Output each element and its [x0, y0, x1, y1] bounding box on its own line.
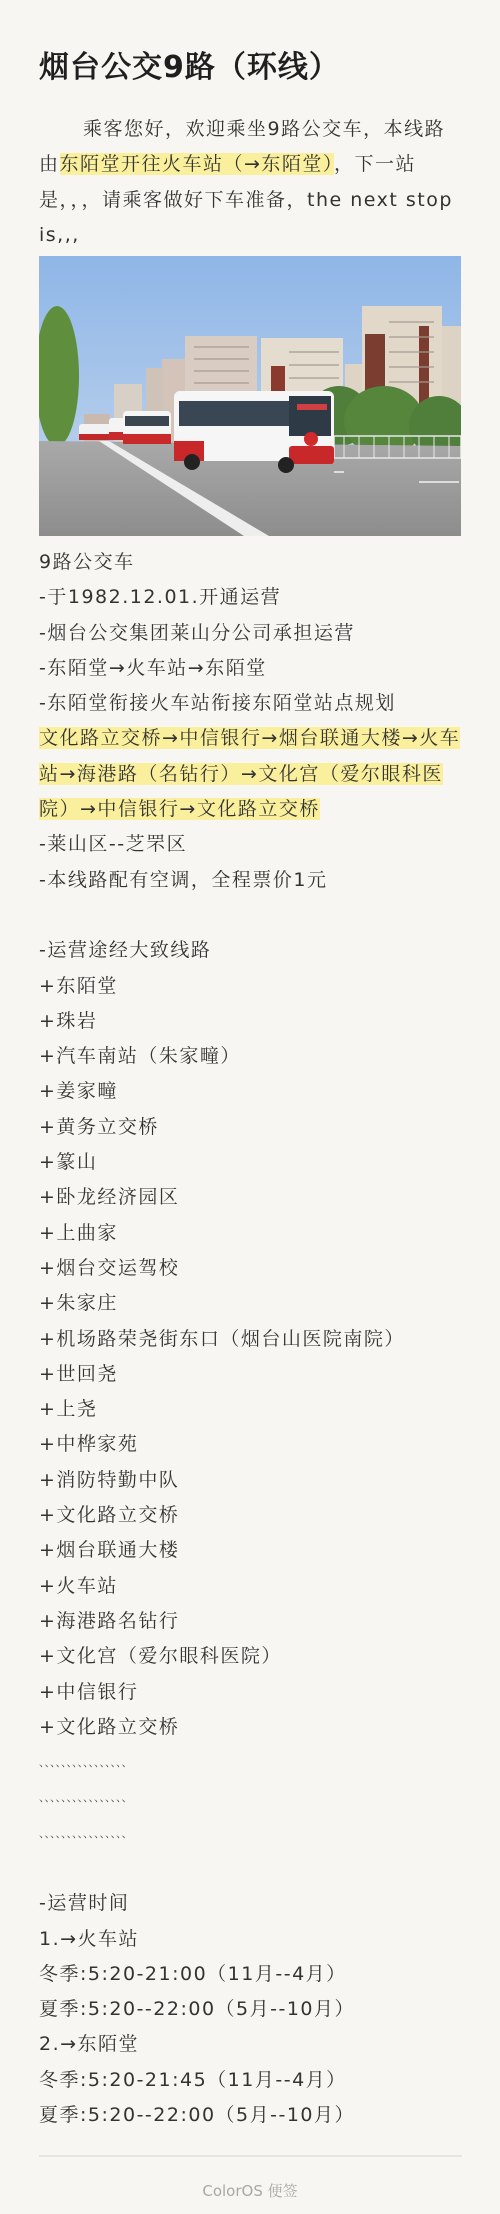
schedule-winter: 冬季:5:20-21:00（11月--4月）: [39, 1957, 463, 1992]
route-stop: +上尧: [39, 1392, 463, 1427]
note-content: 9路公交车 -于1982.12.01.开通运营 -烟台公交集团莱山分公司承担运营…: [39, 545, 463, 2133]
route-stop: +卧龙经济园区: [39, 1180, 463, 1215]
info-operator: -烟台公交集团莱山分公司承担运营: [39, 616, 463, 651]
info-loop: 文化路立交桥→中信银行→烟台联通大楼→火车站→海港路（名钻行）→文化宫（爱尔眼科…: [39, 721, 463, 827]
route-stop: +烟台联通大楼: [39, 1533, 463, 1568]
schedule-summer: 夏季:5:20--22:00（5月--10月）: [39, 1992, 463, 2027]
blank-line: [39, 898, 463, 933]
info-direction: -东陌堂→火车站→东陌堂: [39, 651, 463, 686]
schedule-winter: 冬季:5:20-21:45（11月--4月）: [39, 2063, 463, 2098]
route-stop: +消防特勤中队: [39, 1463, 463, 1498]
route-stop: +中信银行: [39, 1675, 463, 1710]
blank-line: [39, 1851, 463, 1886]
route-stop: +朱家庄: [39, 1286, 463, 1321]
schedule-direction-label: 2.→东陌堂: [39, 2027, 463, 2062]
route-stop: +文化路立交桥: [39, 1710, 463, 1745]
route-stop: +中桦家苑: [39, 1427, 463, 1462]
route-stop: +世回尧: [39, 1357, 463, 1392]
schedule-summer: 夏季:5:20--22:00（5月--10月）: [39, 2098, 463, 2133]
route-stop: +烟台交运驾校: [39, 1251, 463, 1286]
route-stop: +姜家疃: [39, 1074, 463, 1109]
info-fare: -本线路配有空调，全程票价1元: [39, 863, 463, 898]
ellipsis-line: 、、、、、、、、、、、、、、、、: [39, 1816, 463, 1851]
info-loop-highlight: 文化路立交桥→中信银行→烟台联通大楼→火车站→海港路（名钻行）→文化宫（爱尔眼科…: [39, 727, 460, 820]
route-stop: +文化宫（爱尔眼科医院）: [39, 1639, 463, 1674]
route-stop: +文化路立交桥: [39, 1498, 463, 1533]
route-stop: +东陌堂: [39, 969, 463, 1004]
route-stop: +海港路名钻行: [39, 1604, 463, 1639]
schedule-direction-label: 1.→火车站: [39, 1922, 463, 1957]
route-stop: +火车站: [39, 1569, 463, 1604]
route-stop: +黄务立交桥: [39, 1110, 463, 1145]
info-plan: -东陌堂衔接火车站衔接东陌堂站点规划: [39, 686, 463, 721]
route-stop: +珠岩: [39, 1004, 463, 1039]
info-heading: 9路公交车: [39, 545, 463, 580]
info-opened: -于1982.12.01.开通运营: [39, 580, 463, 615]
route-heading: -运营途经大致线路: [39, 933, 463, 968]
app-footer: ColorOS 便签: [0, 2180, 500, 2201]
schedule-heading: -运营时间: [39, 1886, 463, 1921]
ellipsis-line: 、、、、、、、、、、、、、、、、: [39, 1780, 463, 1815]
route-stop: +机场路荣尧街东口（烟台山医院南院）: [39, 1322, 463, 1357]
route-stop: +篆山: [39, 1145, 463, 1180]
route-stop: +上曲家: [39, 1216, 463, 1251]
note-title: 烟台公交9路（环线）: [39, 48, 340, 88]
bus-photo[interactable]: [39, 256, 461, 536]
bus-photo-illustration: [39, 256, 461, 536]
footer-divider: [39, 2155, 462, 2157]
info-districts: -莱山区--芝罘区: [39, 827, 463, 862]
intro-paragraph: 乘客您好，欢迎乘坐9路公交车，本线路由东陌堂开往火车站（→东陌堂），下一站是，，…: [39, 112, 463, 253]
intro-highlight: 东陌堂开往火车站（→东陌堂）: [60, 153, 334, 175]
route-stop: +汽车南站（朱家疃）: [39, 1039, 463, 1074]
ellipsis-line: 、、、、、、、、、、、、、、、、: [39, 1745, 463, 1780]
